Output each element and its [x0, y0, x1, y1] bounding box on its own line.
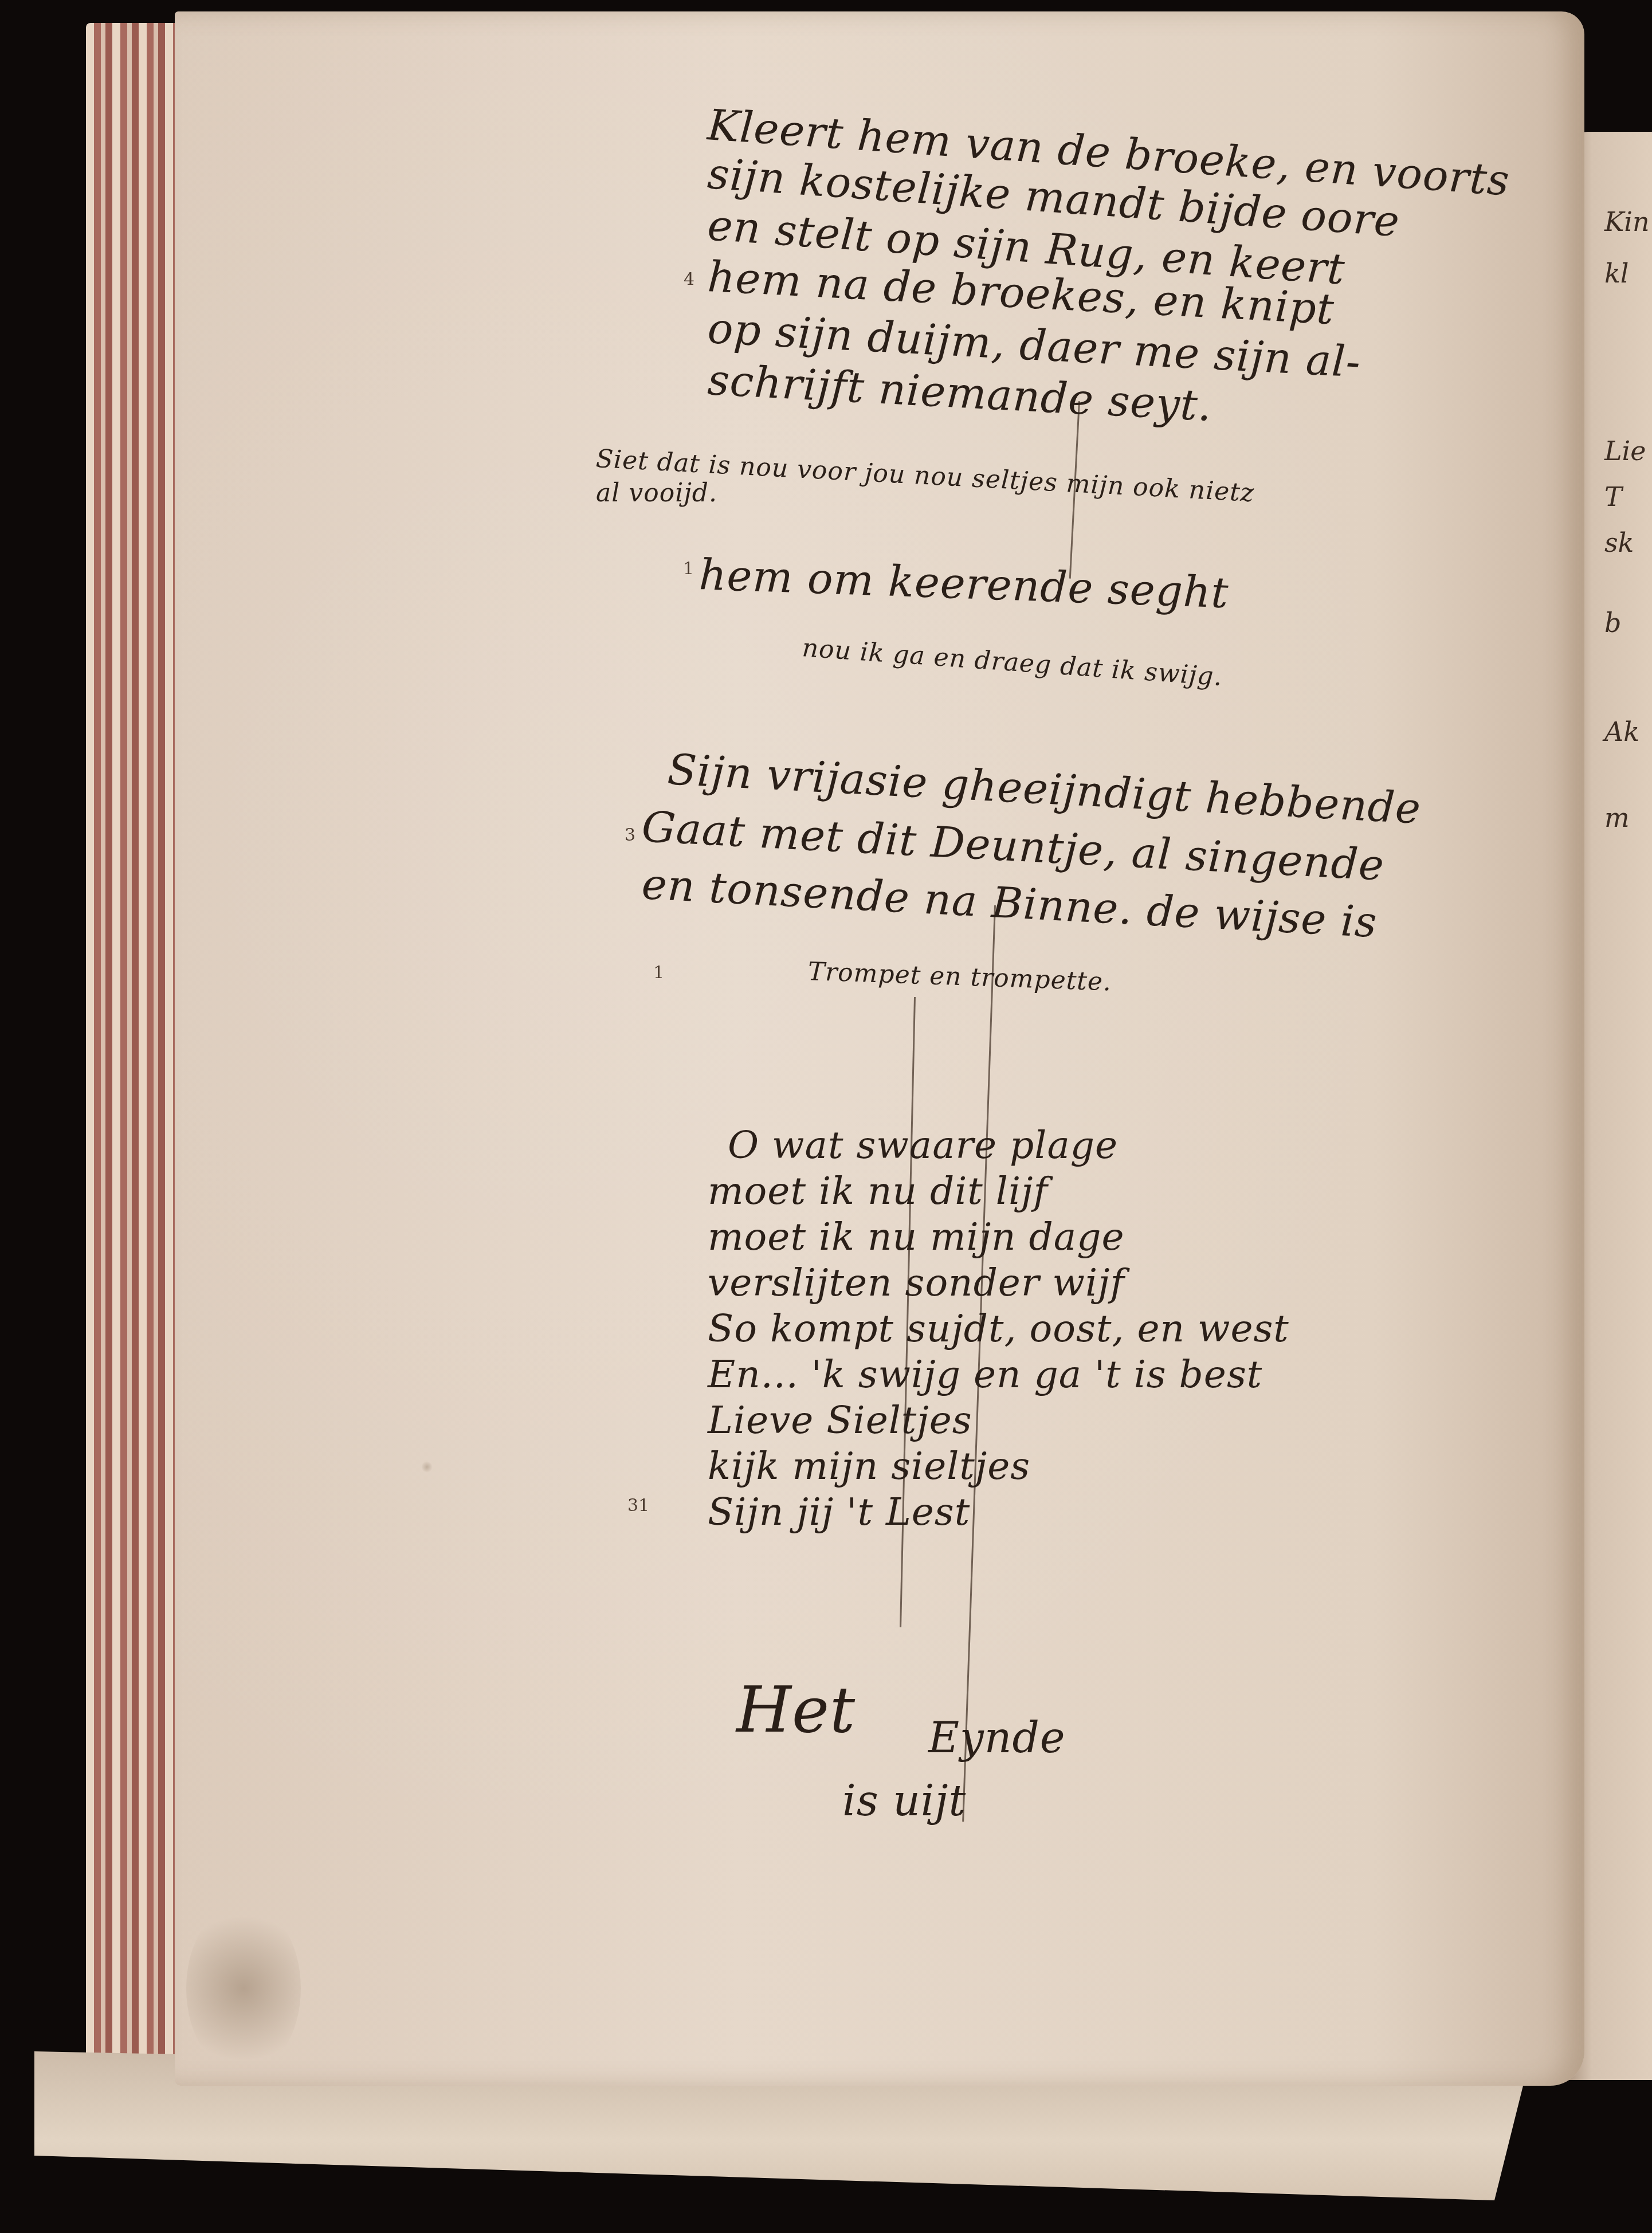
facing-page-fragment: T	[1604, 481, 1622, 512]
facing-page-fragment: b	[1604, 607, 1621, 638]
song-line: Sijn jij 't Lest	[708, 1490, 970, 1534]
song-line: moet ik nu dit lijf	[708, 1169, 1048, 1213]
facing-page-fragment: kl	[1604, 258, 1629, 289]
song-line: moet ik nu mijn dage	[708, 1215, 1125, 1259]
water-stain	[186, 1902, 301, 2074]
margin-mark: 1	[683, 559, 694, 579]
song-line: En... 'k swijg en ga 't is best	[708, 1352, 1262, 1396]
facing-page-fragment: m	[1604, 802, 1630, 833]
facing-page-fragment: Lie	[1604, 435, 1646, 466]
song-line: Lieve Sieltjes	[708, 1398, 972, 1442]
aside-line: al vooijd.	[596, 478, 717, 508]
margin-mark: 1	[653, 963, 664, 983]
page-edges-stack	[86, 23, 178, 2063]
song-line: So kompt sujdt, oost, en west	[708, 1306, 1289, 1351]
margin-number: 31	[627, 1496, 649, 1516]
colophon-word: is uijt	[842, 1776, 966, 1826]
margin-number: 3	[625, 825, 635, 845]
song-line: O wat swaare plage	[728, 1123, 1118, 1167]
facing-page-fragment: Ak	[1604, 716, 1639, 747]
facing-page-fragment: Kin	[1604, 206, 1650, 237]
colophon-word: Het	[736, 1673, 856, 1747]
colophon-word: Eynde	[928, 1713, 1066, 1763]
ink-spot	[421, 1461, 433, 1473]
song-line: verslijten sonder wijf	[708, 1261, 1125, 1305]
facing-page-fragment: sk	[1604, 527, 1634, 558]
margin-number: 4	[684, 269, 694, 289]
song-line: kijk mijn sieltjes	[708, 1444, 1030, 1488]
